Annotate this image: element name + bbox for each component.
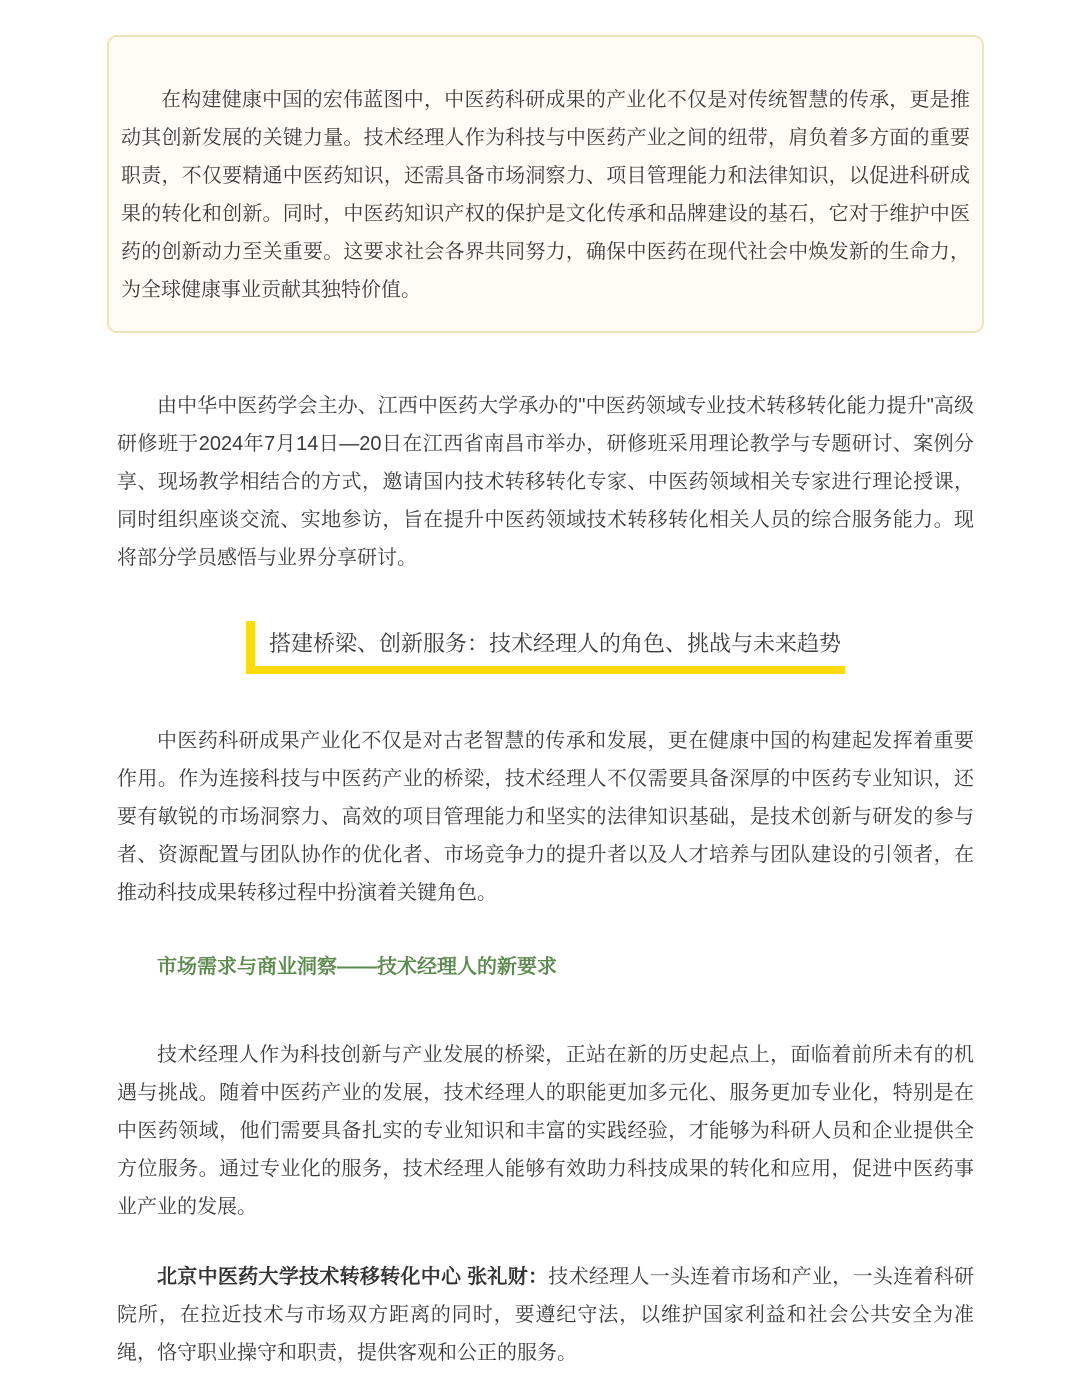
paragraph-expert-quote: 北京中医药大学技术转移转化中心 张礼财：技术经理人一头连着市场和产业，一头连着科… — [107, 1258, 984, 1372]
paragraph-role-overview: 中医药科研成果产业化不仅是对古老智慧的传承和发展，更在健康中国的构建起发挥着重要… — [107, 722, 984, 912]
paragraph-market-demand: 技术经理人作为科技创新与产业发展的桥梁，正站在新的历史起点上，面临着前所未有的机… — [107, 1036, 984, 1226]
intro-box-paragraph: 在构建健康中国的宏伟蓝图中，中医药科研成果的产业化不仅是对传统智慧的传承，更是推… — [121, 81, 970, 309]
section-heading-block: 搭建桥梁、创新服务：技术经理人的角色、挑战与未来趋势 — [246, 621, 845, 674]
subheading-market-demand: 市场需求与商业洞察——技术经理人的新要求 — [107, 952, 984, 982]
intro-highlight-box: 在构建健康中国的宏伟蓝图中，中医药科研成果的产业化不仅是对传统智慧的传承，更是推… — [107, 35, 984, 333]
article-page: 在构建健康中国的宏伟蓝图中，中医药科研成果的产业化不仅是对传统智慧的传承，更是推… — [0, 0, 1091, 1400]
expert-quote-lead: 北京中医药大学技术转移转化中心 张礼财： — [157, 1266, 548, 1288]
paragraph-event-intro: 由中华中医药学会主办、江西中医药大学承办的"中医药领域专业技术转移转化能力提升"… — [107, 387, 984, 577]
article-content: 在构建健康中国的宏伟蓝图中，中医药科研成果的产业化不仅是对传统智慧的传承，更是推… — [107, 35, 984, 1372]
section-heading-title: 搭建桥梁、创新服务：技术经理人的角色、挑战与未来趋势 — [269, 631, 841, 657]
